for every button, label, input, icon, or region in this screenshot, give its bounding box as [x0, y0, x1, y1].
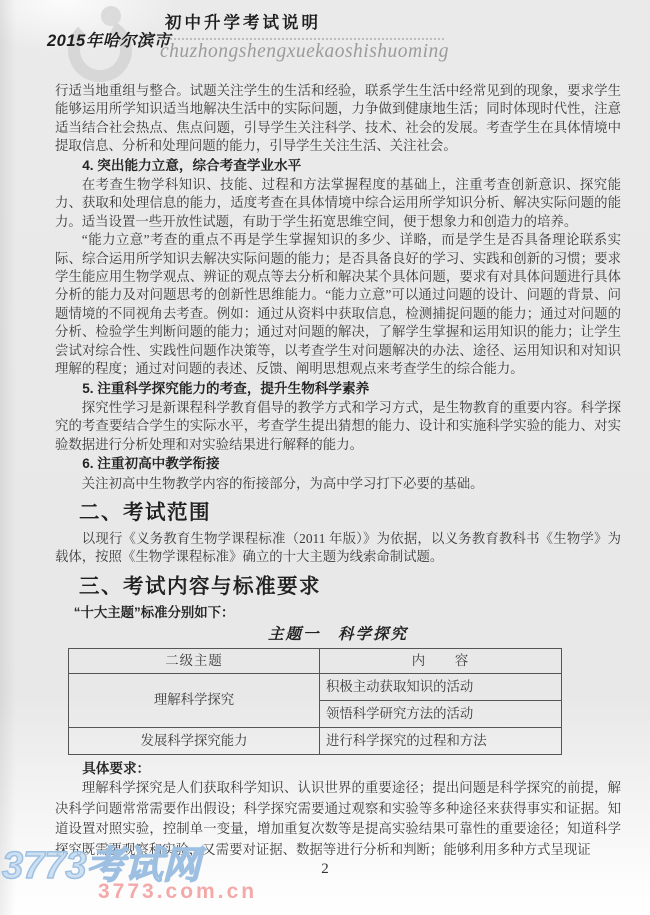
section-heading-6: 6. 注重初高中教学衔接 [55, 455, 621, 473]
table-header-subtopic: 二级主题 [69, 649, 320, 674]
table-row: 发展科学探究能力 进行科学探究的过程和方法 [69, 728, 562, 755]
page-title: 初中升学考试说明 [165, 9, 321, 33]
table-cell-topic: 理解科学探究 [69, 674, 320, 728]
document-page: 2015年哈尔滨市 初中升学考试说明 chuzhongshengxuekaosh… [0, 0, 650, 915]
body-paragraph: “能力立意”考查的重点不再是学生掌握知识的多少、详略，而是学生是否具备理论联系实… [55, 231, 621, 378]
section-heading-4: 4. 突出能力立意，综合考查学业水平 [55, 157, 621, 175]
theme-one-table: 二级主题 内 容 理解科学探究 积极主动获取知识的活动 领悟科学研究方法的活动 … [68, 648, 562, 755]
title-dotted-rule [158, 38, 444, 40]
table-row: 理解科学探究 积极主动获取知识的活动 [69, 674, 562, 701]
table-header-row: 二级主题 内 容 [69, 649, 562, 674]
table-cell-topic: 发展科学探究能力 [69, 728, 320, 755]
body-paragraph: 关注初高中生物教学内容的衔接部分，为高中学习打下必要的基础。 [55, 475, 621, 493]
table-cell-content: 积极主动获取知识的活动 [320, 674, 562, 701]
document-body: 行适当地重组与整合。试题关注学生的生活和经验，联系学生生活中经常见到的现象，要求… [55, 82, 621, 861]
page-header: 2015年哈尔滨市 初中升学考试说明 chuzhongshengxuekaosh… [0, 0, 650, 80]
chapter-heading-exam-scope: 二、考试范围 [79, 500, 621, 525]
body-paragraph: 探究性学习是新课程科学教育倡导的教学方式和学习方式，是生物教育的重要内容。科学探… [55, 399, 621, 454]
table-header-content: 内 容 [320, 649, 562, 674]
body-paragraph: 以现行《义务教育生物学课程标准（2011 年版）》为依据，以义务教育教科书《生物… [55, 530, 621, 567]
requirements-label: 具体要求： [55, 759, 621, 778]
site-watermark: 3773考试网 3773.com.cn [2, 847, 257, 902]
body-paragraph-continuation: 行适当地重组与整合。试题关注学生的生活和经验，联系学生生活中经常见到的现象，要求… [55, 82, 621, 156]
theme-one-title: 主题一 科学探究 [55, 626, 621, 644]
chapter-heading-exam-content: 三、考试内容与标准要求 [79, 574, 621, 599]
edition-label: 2015年哈尔滨市 [47, 27, 171, 51]
scan-edge-shadow [0, 0, 16, 915]
title-pinyin: chuzhongshengxuekaoshishuoming [160, 41, 449, 63]
section-heading-5: 5. 注重科学探究能力的考查，提升生物科学素养 [55, 380, 621, 398]
body-paragraph: 在考查生物学科知识、技能、过程和方法掌握程度的基础上，注重考查创新意识、探究能力… [55, 176, 621, 231]
themes-lead-in: “十大主题”标准分别如下： [55, 604, 621, 622]
table-cell-content: 进行科学探究的过程和方法 [320, 728, 562, 755]
table-cell-content: 领悟科学研究方法的活动 [320, 701, 562, 728]
watermark-site-url: 3773.com.cn [98, 881, 257, 902]
